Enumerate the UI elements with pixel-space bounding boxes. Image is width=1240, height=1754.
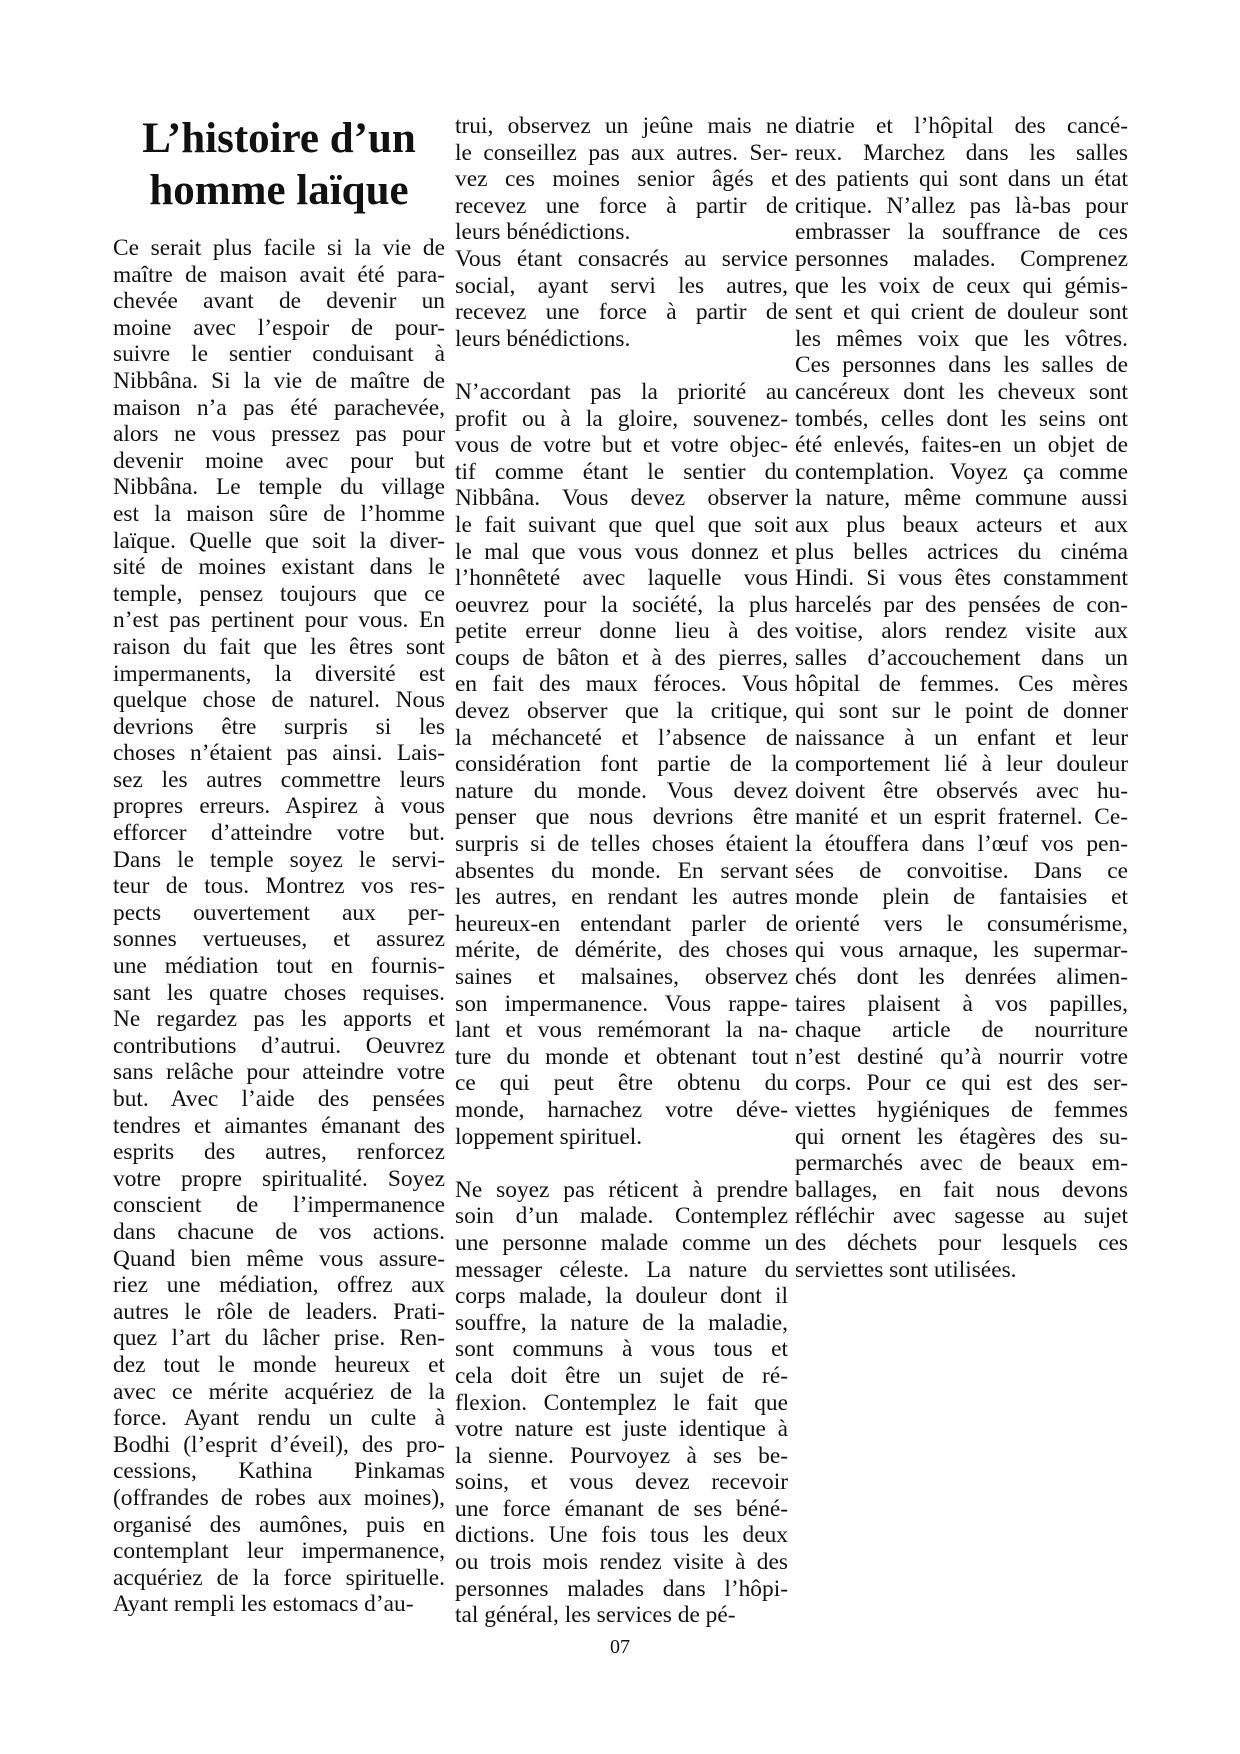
text-line: laïque. Quelle que soit la diver- [113, 528, 445, 555]
text-line: chés dont les denrées alimen- [795, 964, 1128, 991]
text-line: le fait suivant que quel que soit [455, 512, 788, 539]
text-line: sans relâche pour atteindre votre [113, 1059, 445, 1086]
text-line: N’accordant pas la priorité au [455, 379, 788, 406]
text-line: sité de moines existant dans le [113, 554, 445, 581]
text-line: quez l’art du lâcher prise. Ren- [113, 1325, 445, 1352]
text-line: viettes hygiéniques de femmes [795, 1097, 1128, 1124]
column-body: diatrie et l’hôpital des cancé-reux. Mar… [795, 113, 1128, 1283]
text-line: harcelés par des pensées de con- [795, 592, 1128, 619]
text-line: devez observer que la critique, [455, 698, 788, 725]
text-line: voitise, alors rendez visite aux [795, 618, 1128, 645]
text-line: quelque chose de naturel. Nous [113, 687, 445, 714]
paragraph: N’accordant pas la priorité auprofit ou … [455, 379, 788, 1150]
text-line: acquériez de la force spirituelle. [113, 1565, 445, 1592]
text-line: aux plus beaux acteurs et aux [795, 512, 1128, 539]
text-line: embrasser la souffrance de ces [795, 219, 1128, 246]
text-line: maître de maison avait été para- [113, 262, 445, 289]
column-body: trui, observez un jeûne mais nele consei… [455, 113, 788, 1629]
text-line: cessions, Kathina Pinkamas [113, 1458, 445, 1485]
text-line: cela doit être un sujet de ré- [455, 1363, 788, 1390]
paragraph: Ce serait plus facile si la vie demaître… [113, 235, 445, 1618]
text-line: efforcer d’atteindre votre but. [113, 820, 445, 847]
text-line: la méchanceté et l’absence de [455, 725, 788, 752]
text-line: Ne soyez pas réticent à prendre [455, 1177, 788, 1204]
text-line: autres le rôle de leaders. Prati- [113, 1299, 445, 1326]
text-line: leurs bénédictions. [455, 219, 788, 246]
text-line: (offrandes de robes aux moines), [113, 1485, 445, 1512]
text-line: votre propre spiritualité. Soyez [113, 1166, 445, 1193]
text-line: tal général, les services de pé- [455, 1602, 788, 1629]
text-line: son impermanence. Vous rappe- [455, 991, 788, 1018]
text-line: contributions d’autrui. Oeuvrez [113, 1033, 445, 1060]
paragraph-spacer [455, 352, 788, 379]
text-line: trui, observez un jeûne mais ne [455, 113, 788, 140]
text-line: organisé des aumônes, puis en [113, 1512, 445, 1539]
text-line: heureux-en entendant parler de [455, 911, 788, 938]
text-line: recevez une force à partir de [455, 299, 788, 326]
text-line: contemplation. Voyez ça comme [795, 459, 1128, 486]
text-line: ce qui peut être obtenu du [455, 1070, 788, 1097]
text-line: tendres et aimantes émanant des [113, 1113, 445, 1140]
text-line: doivent être observés avec hu- [795, 778, 1128, 805]
text-line: corps. Pour ce qui est des ser- [795, 1070, 1128, 1097]
text-line: Nibbâna. Le temple du village [113, 474, 445, 501]
text-line: la sienne. Pourvoyez à ses be- [455, 1443, 788, 1470]
text-line: saines et malsaines, observez [455, 964, 788, 991]
text-line: petite erreur donne lieu à des [455, 618, 788, 645]
text-line: recevez une force à partir de [455, 193, 788, 220]
text-line: le mal que vous vous donnez et [455, 539, 788, 566]
text-line: nature du monde. Vous devez [455, 778, 788, 805]
paragraph: Vous étant consacrés au servicesocial, a… [455, 246, 788, 352]
text-line: les autres, en rendant les autres [455, 884, 788, 911]
text-line: devrions être surpris si les [113, 714, 445, 741]
paragraph: diatrie et l’hôpital des cancé-reux. Mar… [795, 113, 1128, 1283]
text-line: monde plein de fantaisies et [795, 884, 1128, 911]
text-line: votre nature est juste identique à [455, 1416, 788, 1443]
text-line: ballages, en fait nous devons [795, 1177, 1128, 1204]
text-line: force. Ayant rendu un culte à [113, 1405, 445, 1432]
column-1: L’histoire d’un homme laïque Ce serait p… [113, 113, 445, 1618]
text-line: cancéreux dont les cheveux sont [795, 379, 1128, 406]
text-line: Ces personnes dans les salles de [795, 352, 1128, 379]
text-line: suivre le sentier conduisant à [113, 341, 445, 368]
text-line: lant et vous remémorant la na- [455, 1017, 788, 1044]
text-line: propres erreurs. Aspirez à vous [113, 793, 445, 820]
text-line: avec ce mérite acquériez de la [113, 1379, 445, 1406]
page-number: 07 [0, 1636, 1240, 1659]
text-line: Dans le temple soyez le servi- [113, 847, 445, 874]
text-line: tif comme étant le sentier du [455, 459, 788, 486]
text-line: corps malade, la douleur dont il [455, 1283, 788, 1310]
text-line: orienté vers le consumérisme, [795, 911, 1128, 938]
text-line: en fait des maux féroces. Vous [455, 671, 788, 698]
text-line: alors ne vous pressez pas pour [113, 421, 445, 448]
title-line: homme laïque [113, 165, 445, 217]
text-line: considération font partie de la [455, 751, 788, 778]
text-line: absentes du monde. En servant [455, 858, 788, 885]
text-line: vez ces moines senior âgés et [455, 166, 788, 193]
text-line: chaque article de nourriture [795, 1017, 1128, 1044]
text-line: sonnes vertueuses, et assurez [113, 926, 445, 953]
text-line: social, ayant servi les autres, [455, 273, 788, 300]
text-line: flexion. Contemplez le fait que [455, 1390, 788, 1417]
text-line: plus belles actrices du cinéma [795, 539, 1128, 566]
text-line: raison du fait que les êtres sont [113, 634, 445, 661]
text-line: maison n’a pas été parachevée, [113, 395, 445, 422]
text-line: loppement spirituel. [455, 1124, 788, 1151]
text-line: Hindi. Si vous êtes constamment [795, 565, 1128, 592]
text-line: serviettes sont utilisées. [795, 1257, 1128, 1284]
text-line: Nibbâna. Vous devez observer [455, 485, 788, 512]
paragraph: Ne soyez pas réticent à prendresoin d’un… [455, 1177, 788, 1629]
text-line: soins, et vous devez recevoir [455, 1469, 788, 1496]
text-line: manité et un esprit fraternel. Ce- [795, 804, 1128, 831]
text-line: pects ouvertement aux per- [113, 900, 445, 927]
text-line: impermanents, la diversité est [113, 661, 445, 688]
text-line: surpris si de telles choses étaient [455, 831, 788, 858]
text-line: Quand bien même vous assure- [113, 1246, 445, 1273]
text-line: esprits des autres, renforcez [113, 1139, 445, 1166]
title-line: L’histoire d’un [113, 113, 445, 165]
text-line: vous de votre but et votre objec- [455, 432, 788, 459]
text-line: une force émanant de ses béné- [455, 1496, 788, 1523]
text-line: monde, harnachez votre déve- [455, 1097, 788, 1124]
text-line: choses n’étaient pas ainsi. Lais- [113, 740, 445, 767]
text-line: messager céleste. La nature du [455, 1257, 788, 1284]
text-line: une médiation tout en fournis- [113, 953, 445, 980]
text-line: souffre, la nature de la maladie, [455, 1310, 788, 1337]
text-line: sez les autres commettre leurs [113, 767, 445, 794]
text-line: contemplant leur impermanence, [113, 1538, 445, 1565]
text-line: Ayant rempli les estomacs d’au- [113, 1591, 445, 1618]
text-line: l’honnêteté avec laquelle vous [455, 565, 788, 592]
text-line: le conseillez pas aux autres. Ser- [455, 140, 788, 167]
text-line: Bodhi (l’esprit d’éveil), des pro- [113, 1432, 445, 1459]
text-line: but. Avec l’aide des pensées [113, 1086, 445, 1113]
text-line: est la maison sûre de l’homme [113, 501, 445, 528]
text-line: chevée avant de devenir un [113, 288, 445, 315]
text-line: diatrie et l’hôpital des cancé- [795, 113, 1128, 140]
text-line: la étouffera dans l’œuf vos pen- [795, 831, 1128, 858]
text-line: mérite, de démérite, des choses [455, 937, 788, 964]
text-line: ture du monde et obtenant tout [455, 1044, 788, 1071]
text-line: hôpital de femmes. Ces mères [795, 671, 1128, 698]
text-line: réfléchir avec sagesse au sujet [795, 1203, 1128, 1230]
text-line: que les voix de ceux qui gémis- [795, 273, 1128, 300]
text-line: sant les quatre choses requises. [113, 980, 445, 1007]
text-line: tombés, celles dont les seins ont [795, 406, 1128, 433]
text-line: des patients qui sont dans un état [795, 166, 1128, 193]
text-line: leurs bénédictions. [455, 326, 788, 353]
text-line: qui ornent les étagères des su- [795, 1124, 1128, 1151]
text-line: les mêmes voix que les vôtres. [795, 326, 1128, 353]
text-line: Ne regardez pas les apports et [113, 1006, 445, 1033]
text-line: qui vous arnaque, les supermar- [795, 937, 1128, 964]
text-line: dans chacune de vos actions. [113, 1219, 445, 1246]
text-line: riez une médiation, offrez aux [113, 1272, 445, 1299]
text-line: des déchets pour lesquels ces [795, 1230, 1128, 1257]
text-line: dez tout le monde heureux et [113, 1352, 445, 1379]
text-line: soin d’un malade. Contemplez [455, 1203, 788, 1230]
column-3: diatrie et l’hôpital des cancé-reux. Mar… [795, 113, 1128, 1283]
text-line: oeuvrez pour la société, la plus [455, 592, 788, 619]
text-line: profit ou à la gloire, souvenez- [455, 406, 788, 433]
text-line: qui sont sur le point de donner [795, 698, 1128, 725]
text-line: moine avec l’espoir de pour- [113, 315, 445, 342]
text-line: personnes malades. Comprenez [795, 246, 1128, 273]
text-line: salles d’accouchement dans un [795, 645, 1128, 672]
text-line: taires plaisent à vos papilles, [795, 991, 1128, 1018]
text-line: la nature, même commune aussi [795, 485, 1128, 512]
text-line: naissance à un enfant et leur [795, 725, 1128, 752]
paragraph: trui, observez un jeûne mais nele consei… [455, 113, 788, 246]
text-line: Vous étant consacrés au service [455, 246, 788, 273]
text-line: devenir moine avec pour but [113, 448, 445, 475]
text-line: coups de bâton et à des pierres, [455, 645, 788, 672]
text-line: teur de tous. Montrez vos res- [113, 873, 445, 900]
page-title: L’histoire d’un homme laïque [113, 113, 445, 217]
column-body: Ce serait plus facile si la vie demaître… [113, 235, 445, 1618]
text-line: ou trois mois rendez visite à des [455, 1549, 788, 1576]
column-2: trui, observez un jeûne mais nele consei… [455, 113, 788, 1629]
text-line: permarchés avec de beaux em- [795, 1150, 1128, 1177]
text-line: été enlevés, faites-en un objet de [795, 432, 1128, 459]
text-line: sent et qui crient de douleur sont [795, 299, 1128, 326]
text-line: sées de convoitise. Dans ce [795, 858, 1128, 885]
text-line: conscient de l’impermanence [113, 1192, 445, 1219]
text-line: reux. Marchez dans les salles [795, 140, 1128, 167]
text-line: sont communs à vous tous et [455, 1336, 788, 1363]
title-spacer [113, 217, 445, 235]
text-line: critique. N’allez pas là-bas pour [795, 193, 1128, 220]
text-line: une personne malade comme un [455, 1230, 788, 1257]
text-line: n’est pas pertinent pour vous. En [113, 607, 445, 634]
text-line: temple, pensez toujours que ce [113, 581, 445, 608]
text-line: comportement lié à leur douleur [795, 751, 1128, 778]
text-line: personnes malades dans l’hôpi- [455, 1576, 788, 1603]
text-line: Ce serait plus facile si la vie de [113, 235, 445, 262]
text-line: penser que nous devrions être [455, 804, 788, 831]
paragraph-spacer [455, 1150, 788, 1177]
text-line: n’est destiné qu’à nourrir votre [795, 1044, 1128, 1071]
text-line: Nibbâna. Si la vie de maître de [113, 368, 445, 395]
text-line: dictions. Une fois tous les deux [455, 1522, 788, 1549]
